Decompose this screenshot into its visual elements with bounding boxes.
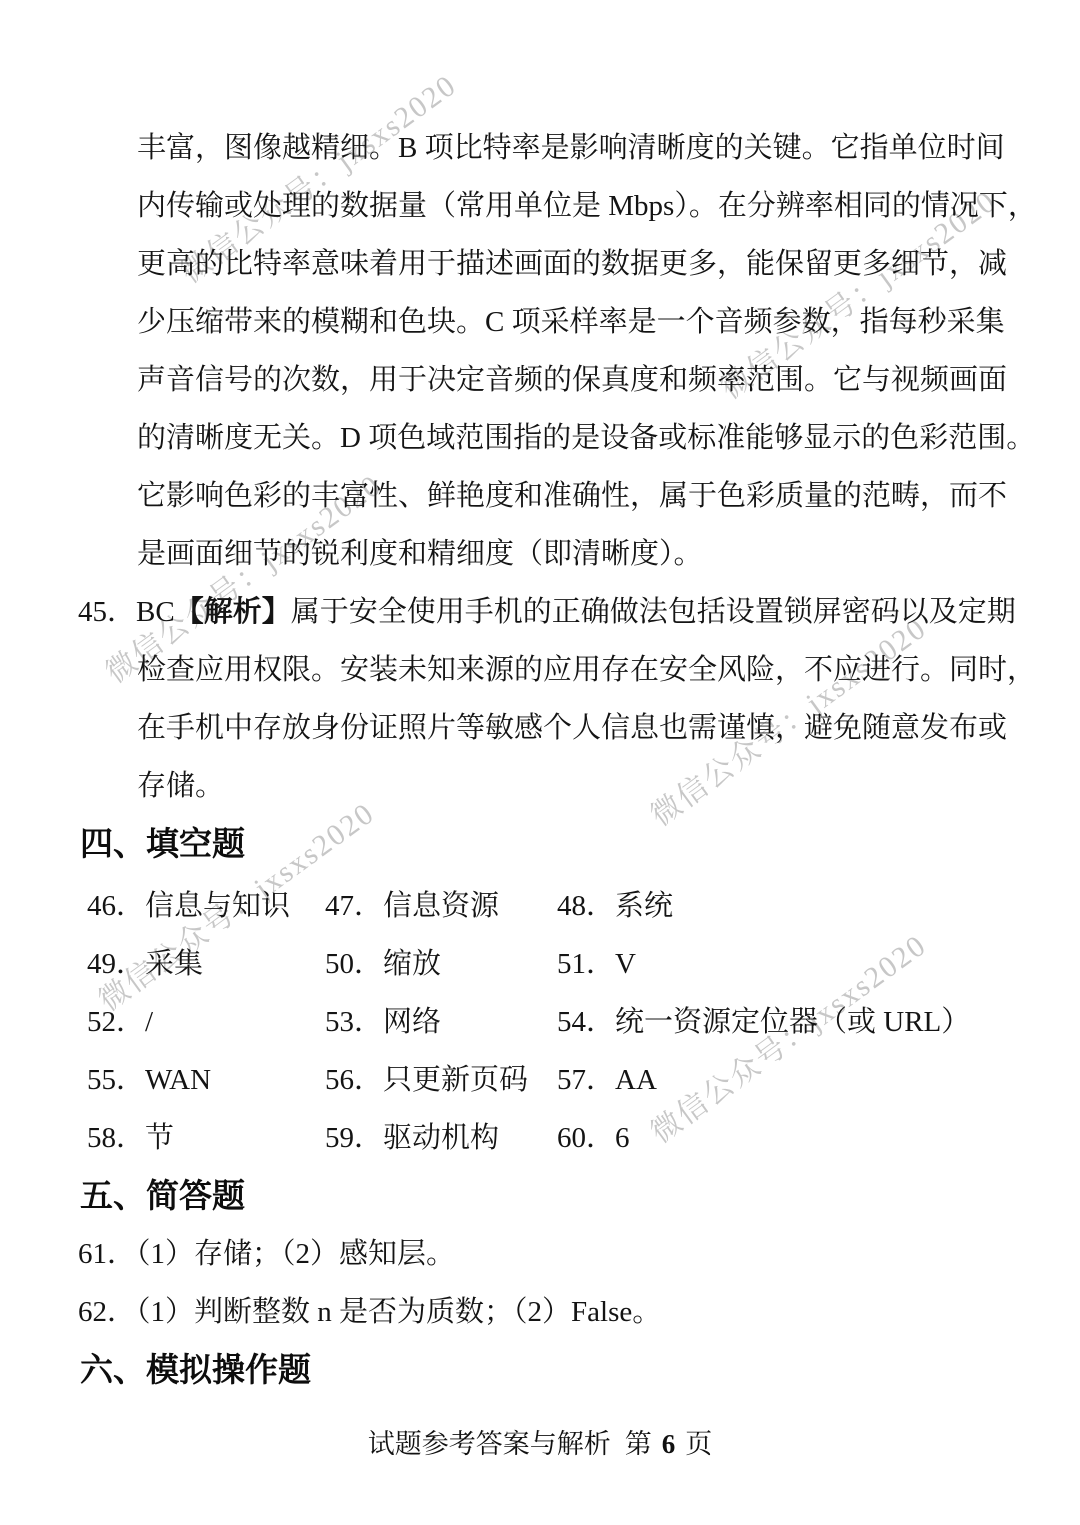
footer-title: 试题参考答案与解析: [368, 1429, 611, 1459]
fill-answer-number: 47．: [325, 890, 383, 922]
short-answer-number: 62．: [78, 1296, 136, 1328]
short-answer-number: 61．: [78, 1238, 136, 1270]
item-45-line: 存储。: [0, 757, 1080, 815]
item-45-text: 属于安全使用手机的正确做法包括设置锁屏密码以及定期: [291, 596, 1016, 628]
fill-answer-number: 51．: [557, 948, 615, 980]
section-sim-title: 六、模拟操作题: [0, 1341, 1080, 1399]
fill-answer-47: 47．信息资源: [325, 877, 557, 935]
fill-answer-number: 55．: [87, 1064, 145, 1096]
fill-answer-54: 54．统一资源定位器（或 URL）: [557, 993, 1080, 1051]
fill-answer-59: 59．驱动机构: [325, 1109, 557, 1167]
page-footer: 试题参考答案与解析第6页: [0, 1415, 1080, 1473]
short-answer-text: （1）判断整数 n 是否为质数；（2）False。: [136, 1296, 661, 1328]
item-45-line: 在手机中存放身份证照片等敏感个人信息也需谨慎，避免随意发布或: [0, 699, 1080, 757]
fill-answer-value: AA: [615, 1064, 657, 1096]
analysis-paragraph-line: 更高的比特率意味着用于描述画面的数据更多，能保留更多细节，减: [0, 235, 1080, 293]
fill-answer-number: 52．: [87, 1006, 145, 1038]
analysis-paragraph-line: 内传输或处理的数据量（常用单位是 Mbps）。在分辨率相同的情况下，: [0, 177, 1080, 235]
section-short-title: 五、简答题: [0, 1167, 1080, 1225]
fill-answer-number: 59．: [325, 1122, 383, 1154]
fill-answer-number: 54．: [557, 1006, 615, 1038]
fill-answer-number: 50．: [325, 948, 383, 980]
fill-answer-53: 53．网络: [325, 993, 557, 1051]
fill-answers-row: 52．/ 53．网络 54．统一资源定位器（或 URL）: [0, 993, 1080, 1051]
fill-answer-value: 驱动机构: [383, 1122, 499, 1154]
fill-answer-55: 55．WAN: [87, 1051, 325, 1109]
fill-answer-value: 统一资源定位器（或 URL）: [615, 1006, 970, 1038]
fill-answer-52: 52．/: [87, 993, 325, 1051]
fill-answer-number: 53．: [325, 1006, 383, 1038]
fill-answer-number: 58．: [87, 1122, 145, 1154]
fill-answers-row: 58．节 59．驱动机构 60．6: [0, 1109, 1080, 1167]
fill-answer-49: 49．采集: [87, 935, 325, 993]
fill-answer-value: 节: [145, 1122, 174, 1154]
item-45-number: 45．: [78, 596, 136, 628]
fill-answer-number: 48．: [557, 890, 615, 922]
fill-answer-value: 采集: [145, 948, 203, 980]
fill-answer-value: 网络: [383, 1006, 441, 1038]
fill-answer-46: 46．信息与知识: [87, 877, 325, 935]
analysis-paragraph-line: 丰富，图像越精细。B 项比特率是影响清晰度的关键。它指单位时间: [0, 119, 1080, 177]
fill-answer-57: 57．AA: [557, 1051, 1080, 1109]
analysis-paragraph-line: 它影响色彩的丰富性、鲜艳度和准确性，属于色彩质量的范畴，而不: [0, 467, 1080, 525]
fill-answer-48: 48．系统: [557, 877, 1080, 935]
fill-answer-value: V: [615, 948, 636, 980]
answer-key-page: 微信公众号：jxsxs2020 微信公众号：jxsxs2020 微信公众号：jx…: [0, 0, 1080, 1525]
fill-answer-value: 系统: [615, 890, 673, 922]
fill-answer-number: 60．: [557, 1122, 615, 1154]
short-answer-62: 62．（1）判断整数 n 是否为质数；（2）False。: [0, 1283, 1080, 1341]
short-answer-61: 61．（1）存储；（2）感知层。: [0, 1225, 1080, 1283]
fill-answer-number: 56．: [325, 1064, 383, 1096]
fill-answer-58: 58．节: [87, 1109, 325, 1167]
fill-answers-row: 46．信息与知识 47．信息资源 48．系统: [0, 877, 1080, 935]
section-fill-title: 四、填空题: [0, 815, 1080, 873]
item-45-answer: BC: [136, 596, 175, 628]
fill-answer-value: 缩放: [383, 948, 441, 980]
page-content: 丰富，图像越精细。B 项比特率是影响清晰度的关键。它指单位时间 内传输或处理的数…: [0, 119, 1080, 1473]
item-45-analysis-tag: 【解析】: [175, 596, 291, 628]
footer-page-word-post: 页: [685, 1429, 712, 1459]
fill-answer-value: 信息资源: [383, 890, 499, 922]
short-answer-text: （1）存储；（2）感知层。: [136, 1238, 455, 1270]
fill-answer-value: 信息与知识: [145, 890, 290, 922]
fill-answer-value: WAN: [145, 1064, 211, 1096]
item-45-line: 检查应用权限。安装未知来源的应用存在安全风险，不应进行。同时，: [0, 641, 1080, 699]
fill-answer-56: 56．只更新页码: [325, 1051, 557, 1109]
fill-answer-51: 51．V: [557, 935, 1080, 993]
footer-page-word-pre: 第: [625, 1429, 652, 1459]
footer-page-number: 6: [662, 1429, 676, 1459]
fill-answer-value: 只更新页码: [383, 1064, 528, 1096]
item-45-line: 45．BC【解析】属于安全使用手机的正确做法包括设置锁屏密码以及定期: [0, 583, 1080, 641]
analysis-paragraph-line: 的清晰度无关。D 项色域范围指的是设备或标准能够显示的色彩范围。: [0, 409, 1080, 467]
analysis-paragraph-line: 声音信号的次数，用于决定音频的保真度和频率范围。它与视频画面: [0, 351, 1080, 409]
fill-answers-row: 55．WAN 56．只更新页码 57．AA: [0, 1051, 1080, 1109]
fill-answer-number: 57．: [557, 1064, 615, 1096]
fill-answer-50: 50．缩放: [325, 935, 557, 993]
analysis-paragraph-line: 是画面细节的锐利度和精细度（即清晰度）。: [0, 525, 1080, 583]
fill-answer-value: /: [145, 1006, 153, 1038]
fill-answer-60: 60．6: [557, 1109, 1080, 1167]
fill-answer-number: 49．: [87, 948, 145, 980]
fill-answer-number: 46．: [87, 890, 145, 922]
analysis-paragraph-line: 少压缩带来的模糊和色块。C 项采样率是一个音频参数，指每秒采集: [0, 293, 1080, 351]
fill-answers-row: 49．采集 50．缩放 51．V: [0, 935, 1080, 993]
fill-answer-value: 6: [615, 1122, 630, 1154]
